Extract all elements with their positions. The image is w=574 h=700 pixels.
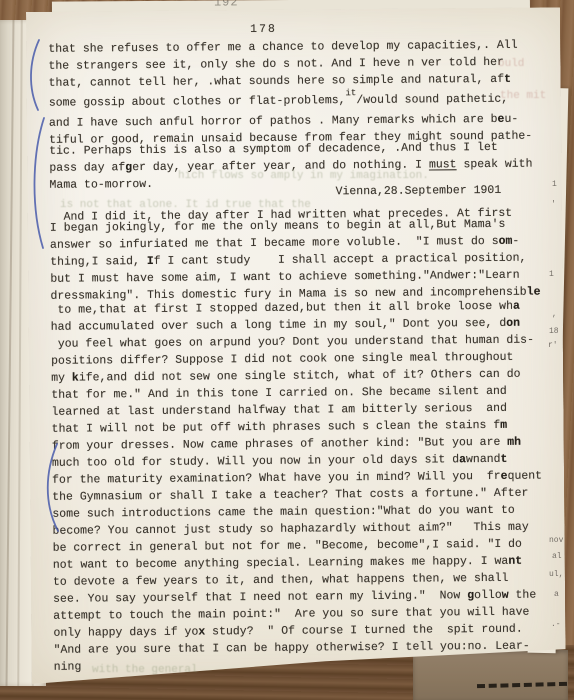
typed-line: see. You say yourself that I need not ea… [53, 588, 558, 605]
photo-of-typewritten-page: 192 178 that she refuses to offer me a c… [0, 0, 574, 700]
typed-line: that she refuses to offer me a chance to… [48, 38, 553, 55]
edge-character: nov [549, 536, 563, 545]
sheet-edge-line [6, 20, 15, 686]
typed-line: had accumulated over such a long time in… [51, 316, 556, 333]
typed-line: positions differ? Suppose I did not cook… [51, 350, 556, 367]
page-number-behind: 192 [214, 0, 239, 10]
page-number: 178 [250, 20, 553, 37]
typed-line: that, cannot tell her, .what sounds here… [49, 72, 554, 89]
typed-text: 178 that she refuses to offer me a chanc… [48, 13, 559, 673]
edge-character: r' [548, 341, 558, 350]
typed-line: from your dresses. Now came phrases of a… [52, 435, 557, 452]
typed-line: answer so infuriated me that I became mo… [50, 234, 555, 251]
typed-line: the strangers see it, only she do s not.… [48, 55, 553, 72]
typed-line: much too old for study. Will you now in … [52, 452, 557, 469]
sheet-edge-line [17, 20, 22, 686]
typed-line: some gossip about clothes or flat-proble… [49, 89, 554, 106]
typed-line: become? You cannot just study so haphaza… [52, 520, 557, 537]
edge-character: 1 [549, 270, 554, 279]
typed-line: learned at last understand halfway that … [51, 401, 556, 418]
edge-character: ul, [549, 570, 563, 579]
typed-line: and I have such anful horror of pathos .… [49, 112, 554, 129]
typed-line: attempt to touch the main point:" Are yo… [53, 605, 558, 622]
edge-character: a [554, 590, 559, 599]
edge-character: , [552, 310, 557, 319]
typed-line: pass day afger day, year after year, and… [49, 157, 554, 174]
typed-line: that I will not be put off with phrases … [52, 418, 557, 435]
typed-line: be correct in general but not for me. "B… [53, 537, 558, 554]
typed-line: but I must have some aim, I want to achi… [50, 268, 555, 285]
edge-character: .- [551, 620, 561, 629]
kraft-cardboard [413, 650, 568, 700]
edge-character: al [552, 552, 562, 561]
typewritten-page: 178 that she refuses to offer me a chanc… [26, 7, 566, 684]
typed-line: only happy days if yox study? " Of cours… [53, 622, 558, 639]
typed-line: thing,I said, If I cant study I shall ac… [50, 251, 555, 268]
typed-line: my kife,and did not sew one single stitc… [51, 367, 556, 384]
typed-line: for the maturity examination? What have … [52, 469, 557, 486]
edge-character: 1 [552, 180, 557, 189]
edge-character: 18 [549, 327, 559, 336]
typed-line: you feel what goes on arpund you? Dont y… [51, 333, 556, 350]
stitch-dashes [477, 682, 567, 688]
typed-line: some such introductions came the main qu… [52, 503, 557, 520]
typed-line: to devote a few years to it, and then, w… [53, 571, 558, 588]
typed-line: not want to become anything special. Lea… [53, 554, 558, 571]
typed-line: the Gymnasium or shall I take a teacher?… [52, 486, 557, 503]
typed-line: that for me." And in this tone I carried… [51, 384, 556, 401]
edge-character: ' [551, 200, 556, 209]
